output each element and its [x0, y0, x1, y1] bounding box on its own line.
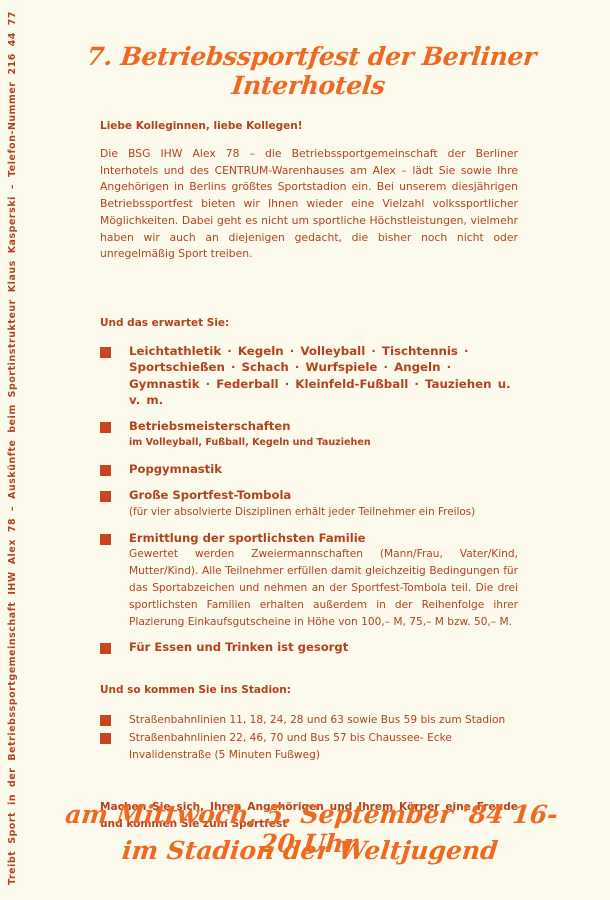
- list-item: Ermittlung der sportlichsten Familie Gew…: [100, 530, 518, 631]
- route-heading: Und so kommen Sie ins Stadion:: [100, 684, 518, 696]
- page-title: 7. Betriebssportfest der Berliner Interh…: [57, 42, 563, 100]
- square-bullet-icon: [100, 534, 111, 545]
- list-item: Große Sportfest-Tombola (für vier absolv…: [100, 487, 518, 521]
- sports-list: Leichtathletik · Kegeln · Volleyball · T…: [129, 343, 518, 409]
- list-item: Popgymnastik: [100, 461, 518, 478]
- list-item: Straßenbahnlinien 11, 18, 24, 28 und 63 …: [100, 712, 518, 730]
- item-title: Popgymnastik: [129, 461, 518, 478]
- item-title: Betriebsmeisterschaften: [129, 418, 518, 435]
- item-title: Große Sportfest-Tombola: [129, 487, 518, 504]
- square-bullet-icon: [100, 715, 111, 726]
- list-item: Betriebsmeisterschaften im Volleyball, F…: [100, 418, 518, 453]
- square-bullet-icon: [100, 347, 111, 358]
- item-note: (für vier absolvierte Disziplinen erhält…: [129, 504, 518, 521]
- list-item: Leichtathletik · Kegeln · Volleyball · T…: [100, 343, 518, 409]
- expect-list: Leichtathletik · Kegeln · Volleyball · T…: [100, 343, 518, 656]
- right-margin-sections: Unsere Sektionen: Fußball – Angeln – All…: [580, 0, 610, 900]
- route-list: Straßenbahnlinien 11, 18, 24, 28 und 63 …: [100, 712, 518, 765]
- intro-paragraph: Die BSG IHW Alex 78 – die Betriebssportg…: [100, 146, 518, 263]
- item-description: Gewertet werden Zweiermannschaften (Mann…: [129, 546, 518, 630]
- event-venue: im Stadion der Weltjugend: [58, 836, 561, 865]
- greeting: Liebe Kolleginnen, liebe Kollegen!: [100, 120, 518, 132]
- left-margin-info: Treibt Sport in der Betriebssportgemeins…: [0, 0, 30, 900]
- square-bullet-icon: [100, 465, 111, 476]
- main-content: Liebe Kolleginnen, liebe Kollegen! Die B…: [100, 120, 518, 843]
- contact-info-text: Treibt Sport in der Betriebssportgemeins…: [7, 11, 18, 885]
- item-title: Ermittlung der sportlichsten Familie: [129, 530, 518, 547]
- list-item: Straßenbahnlinien 22, 46, 70 und Bus 57 …: [100, 730, 518, 765]
- expect-heading: Und das erwartet Sie:: [100, 317, 518, 329]
- list-item: Für Essen und Trinken ist gesorgt: [100, 639, 518, 656]
- route-text: Straßenbahnlinien 11, 18, 24, 28 und 63 …: [129, 712, 518, 730]
- item-title: Für Essen und Trinken ist gesorgt: [129, 639, 518, 656]
- route-text: Straßenbahnlinien 22, 46, 70 und Bus 57 …: [129, 730, 518, 765]
- square-bullet-icon: [100, 422, 111, 433]
- square-bullet-icon: [100, 643, 111, 654]
- item-subtitle: im Volleyball, Fußball, Kegeln und Tauzi…: [129, 434, 518, 452]
- square-bullet-icon: [100, 733, 111, 744]
- square-bullet-icon: [100, 491, 111, 502]
